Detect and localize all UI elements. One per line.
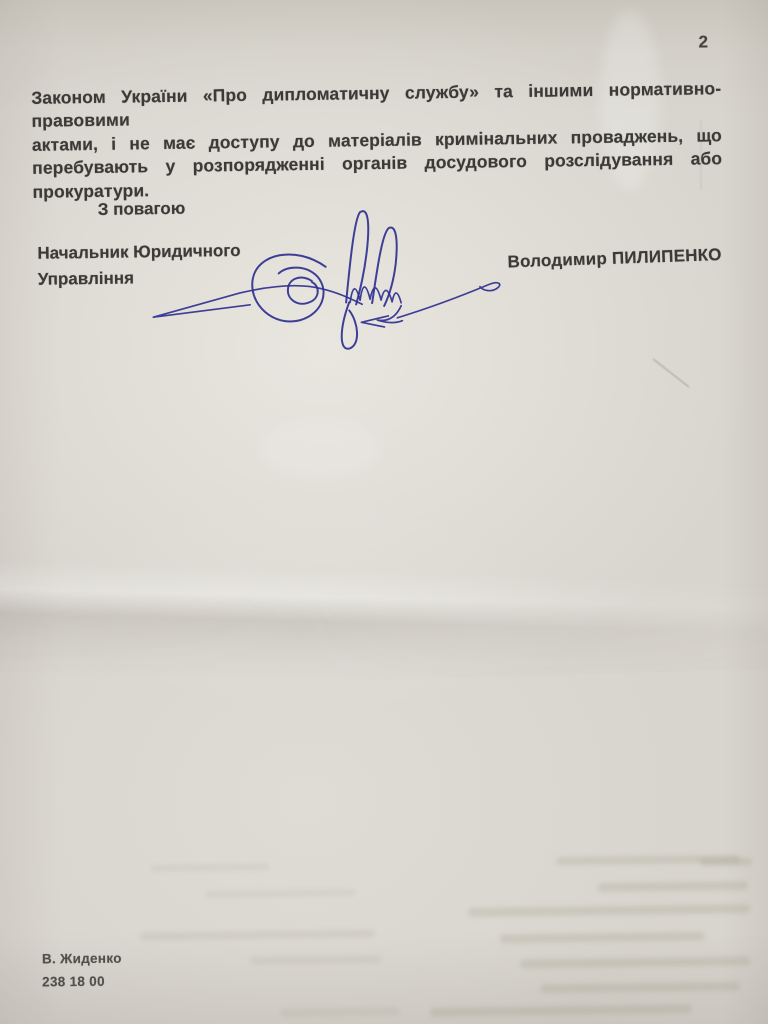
signer-name: Володимир ПИЛИПЕНКО [507,245,722,272]
printed-content: 2 Законом України «Про дипломатичну служ… [0,0,768,1024]
footer-phone: 238 18 00 [42,970,122,994]
footer: В. Жиденко 238 18 00 [42,947,122,994]
footer-contact-name: В. Жиденко [42,947,122,971]
handwritten-signature-icon [149,202,511,367]
page-number: 2 [698,32,708,52]
body-paragraph: Законом України «Про дипломатичну службу… [31,77,723,204]
document-photo: 2 Законом України «Про дипломатичну служ… [0,0,768,1024]
